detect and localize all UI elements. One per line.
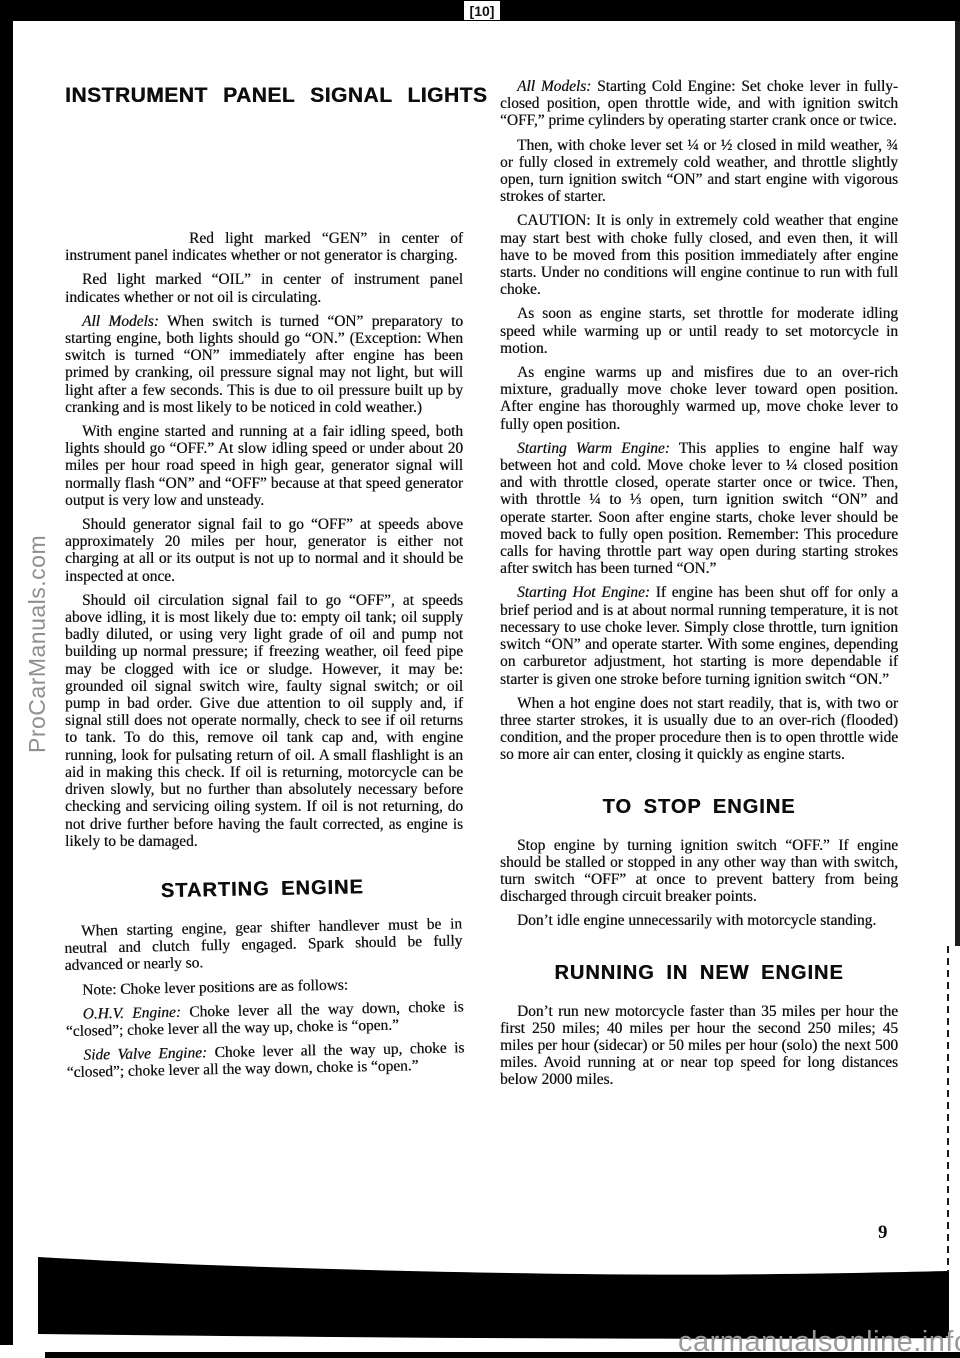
paragraph: CAUTION: It is only in extremely cold we…: [500, 212, 898, 298]
italic-lead: Starting Warm Engine:: [517, 440, 670, 457]
watermark-carmanualsonline: carmanualsonline.info: [678, 1326, 960, 1358]
paragraph: When a hot engine does not start readily…: [500, 695, 898, 764]
paragraph: Red light marked “OIL” in center of inst…: [65, 271, 463, 305]
paragraph: With engine started and running at a fai…: [65, 423, 463, 509]
paragraph: O.H.V. Engine: Choke lever all the way d…: [65, 998, 464, 1040]
paragraph: Starting Hot Engine: If engine has been …: [500, 584, 898, 687]
paragraph: Then, with choke lever set ¼ or ½ closed…: [500, 137, 898, 206]
section-heading: STARTING ENGINE: [63, 874, 461, 905]
scan-left-edge: [0, 21, 13, 1345]
paragraph: Should oil circulation signal fail to go…: [65, 592, 463, 850]
italic-lead: All Models:: [82, 313, 159, 330]
italic-lead: O.H.V. Engine:: [82, 1004, 181, 1023]
paragraph: When starting engine, gear shifter handl…: [64, 915, 463, 974]
section-heading: RUNNING IN NEW ENGINE: [500, 962, 898, 985]
watermark-procarmanuals: ProCarManuals.com: [24, 535, 51, 753]
italic-lead: All Models:: [517, 78, 591, 95]
italic-lead: Side Valve Engine:: [83, 1044, 207, 1063]
paragraph: Red light marked “GEN” in center of inst…: [65, 230, 463, 264]
paragraph: All Models: When switch is turned “ON” p…: [65, 313, 463, 416]
scan-top-bar: [10]: [0, 0, 960, 21]
paragraph: Don’t run new motorcycle faster than 35 …: [500, 1003, 898, 1089]
page-title: INSTRUMENT PANEL SIGNAL LIGHTS: [65, 84, 463, 108]
scan-right-edge: [955, 21, 960, 946]
section-heading: TO STOP ENGINE: [500, 796, 898, 819]
paragraph: Don’t idle engine unnecessarily with mot…: [500, 912, 898, 929]
paragraph: As soon as engine starts, set throttle f…: [500, 305, 898, 357]
italic-lead: Starting Hot Engine:: [517, 584, 650, 601]
right-column: All Models: Starting Cold Engine: Set ch…: [500, 78, 898, 1096]
paragraph: Stop engine by turning ignition switch “…: [500, 837, 898, 906]
paragraph: Starting Warm Engine: This applies to en…: [500, 440, 898, 578]
left-column: INSTRUMENT PANEL SIGNAL LIGHTSRed light …: [65, 84, 463, 1089]
paragraph: As engine warms up and misfires due to a…: [500, 364, 898, 433]
paragraph: Side Valve Engine: Choke lever all the w…: [66, 1039, 465, 1081]
paragraph: All Models: Starting Cold Engine: Set ch…: [500, 78, 898, 130]
page-tab-label: [10]: [464, 1, 500, 20]
paragraph: Should generator signal fail to go “OFF”…: [65, 516, 463, 585]
paragraph: Note: Choke lever positions are as follo…: [65, 974, 463, 999]
scan-dashed-fold-line: [947, 946, 949, 1272]
skewed-scan-section: STARTING ENGINEWhen starting engine, gea…: [63, 874, 465, 1081]
